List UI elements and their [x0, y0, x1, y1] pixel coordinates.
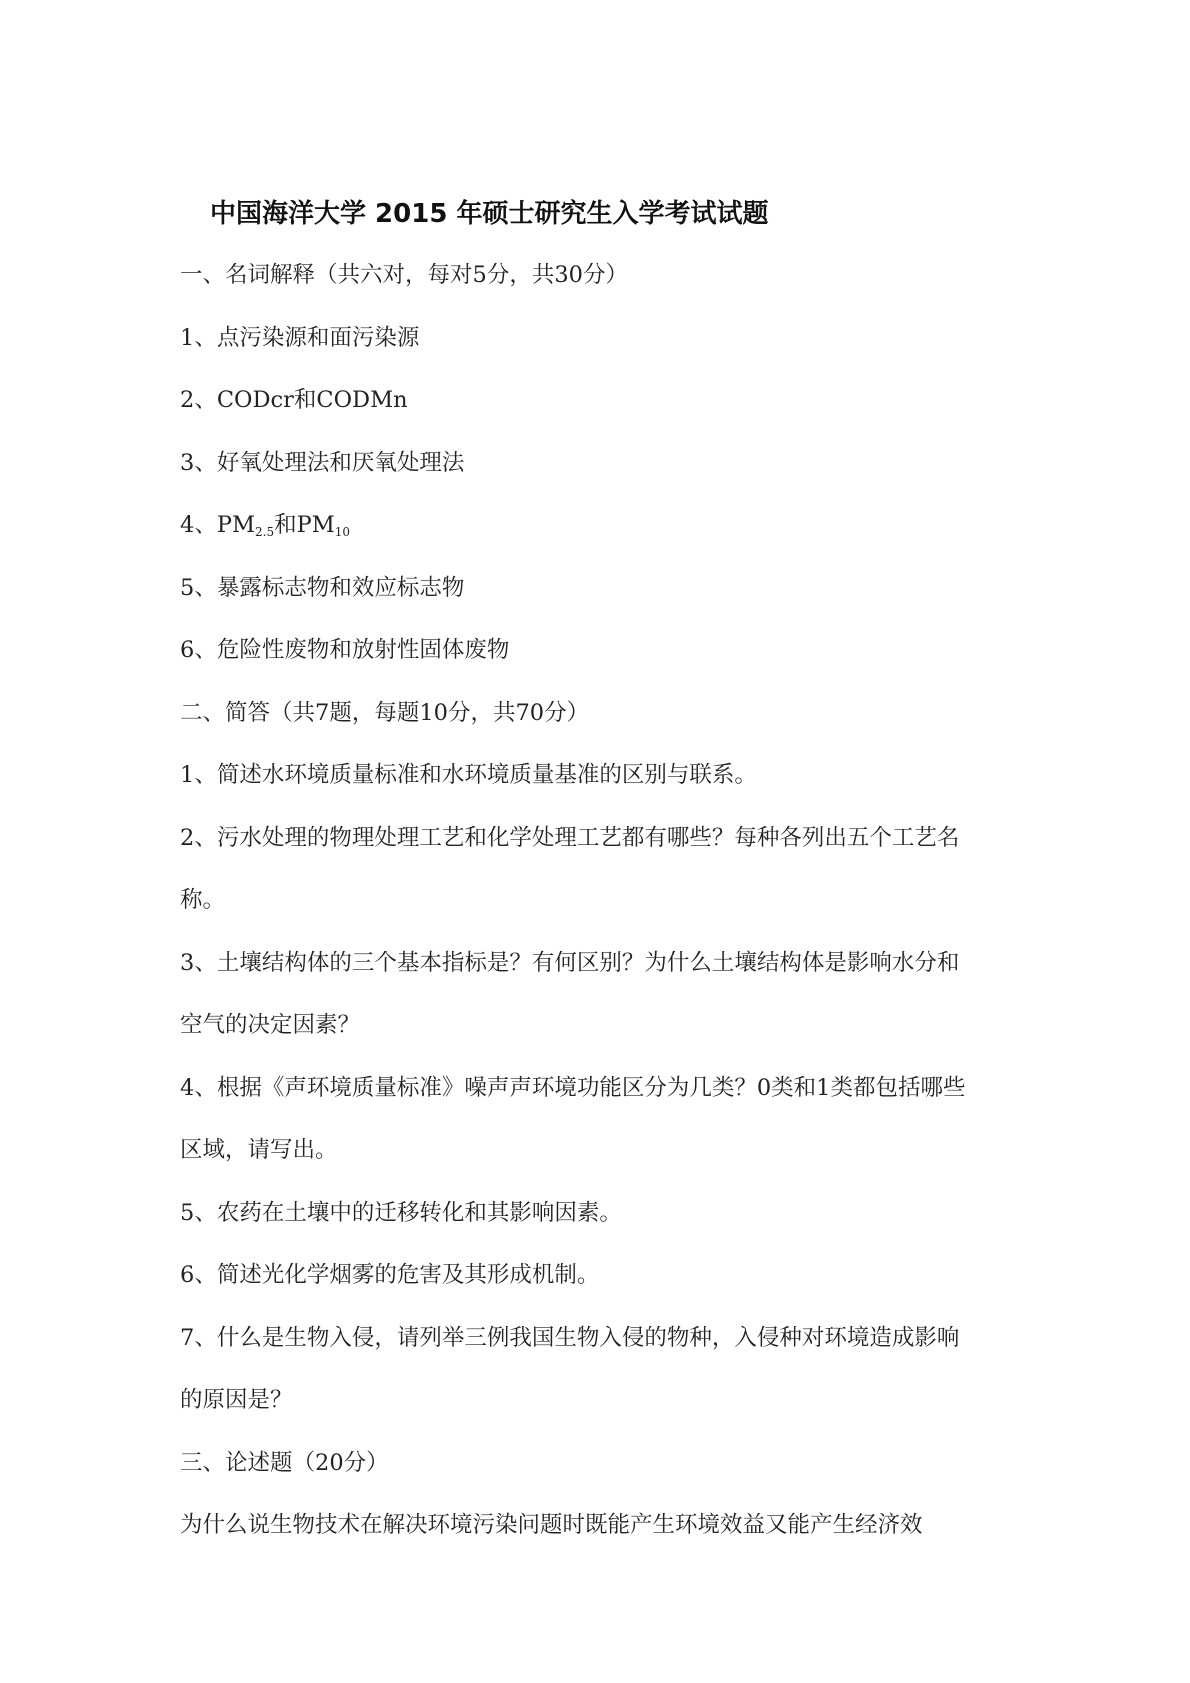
- short-answer-1: 1、简述水环境质量标准和水环境质量基准的区别与联系。: [180, 759, 1020, 822]
- section-heading-2: 二、简答（共7题，每题10分，共70分）: [180, 697, 1020, 760]
- term-item-4-prefix: 4、PM: [180, 512, 255, 538]
- subscript-10: 10: [335, 525, 350, 539]
- short-answer-7-cont: 的原因是？: [180, 1384, 1020, 1447]
- term-item-4: 4、PM2.5和PM10: [180, 509, 1020, 572]
- term-item-1: 1、点污染源和面污染源: [180, 322, 1020, 385]
- subscript-2-5: 2.5: [255, 525, 274, 539]
- exam-page: 中国海洋大学 2015 年硕士研究生入学考试试题 一、名词解释（共六对，每对5分…: [0, 0, 1190, 1683]
- term-item-4-mid: 和PM: [274, 512, 335, 538]
- short-answer-4-cont: 区域，请写出。: [180, 1134, 1020, 1197]
- short-answer-3-cont: 空气的决定因素？: [180, 1009, 1020, 1072]
- exam-body: 一、名词解释（共六对，每对5分，共30分） 1、点污染源和面污染源 2、CODc…: [180, 259, 1020, 1572]
- exam-title: 中国海洋大学 2015 年硕士研究生入学考试试题: [210, 195, 810, 233]
- term-item-2: 2、CODcr和CODMn: [180, 384, 1020, 447]
- short-answer-3: 3、土壤结构体的三个基本指标是？有何区别？为什么土壤结构体是影响水分和: [180, 947, 1020, 1010]
- short-answer-4: 4、根据《声环境质量标准》噪声声环境功能区分为几类？0类和1类都包括哪些: [180, 1072, 1020, 1135]
- essay-question: 为什么说生物技术在解决环境污染问题时既能产生环境效益又能产生经济效: [180, 1509, 1020, 1572]
- term-item-3: 3、好氧处理法和厌氧处理法: [180, 447, 1020, 510]
- short-answer-5: 5、农药在土壤中的迁移转化和其影响因素。: [180, 1197, 1020, 1260]
- section-heading-1: 一、名词解释（共六对，每对5分，共30分）: [180, 259, 1020, 322]
- term-item-5: 5、暴露标志物和效应标志物: [180, 572, 1020, 635]
- short-answer-6: 6、简述光化学烟雾的危害及其形成机制。: [180, 1259, 1020, 1322]
- term-item-6: 6、危险性废物和放射性固体废物: [180, 634, 1020, 697]
- short-answer-2: 2、污水处理的物理处理工艺和化学处理工艺都有哪些？每种各列出五个工艺名: [180, 822, 1020, 885]
- short-answer-2-cont: 称。: [180, 884, 1020, 947]
- short-answer-7: 7、什么是生物入侵，请列举三例我国生物入侵的物种，入侵种对环境造成影响: [180, 1322, 1020, 1385]
- section-heading-3: 三、论述题（20分）: [180, 1447, 1020, 1510]
